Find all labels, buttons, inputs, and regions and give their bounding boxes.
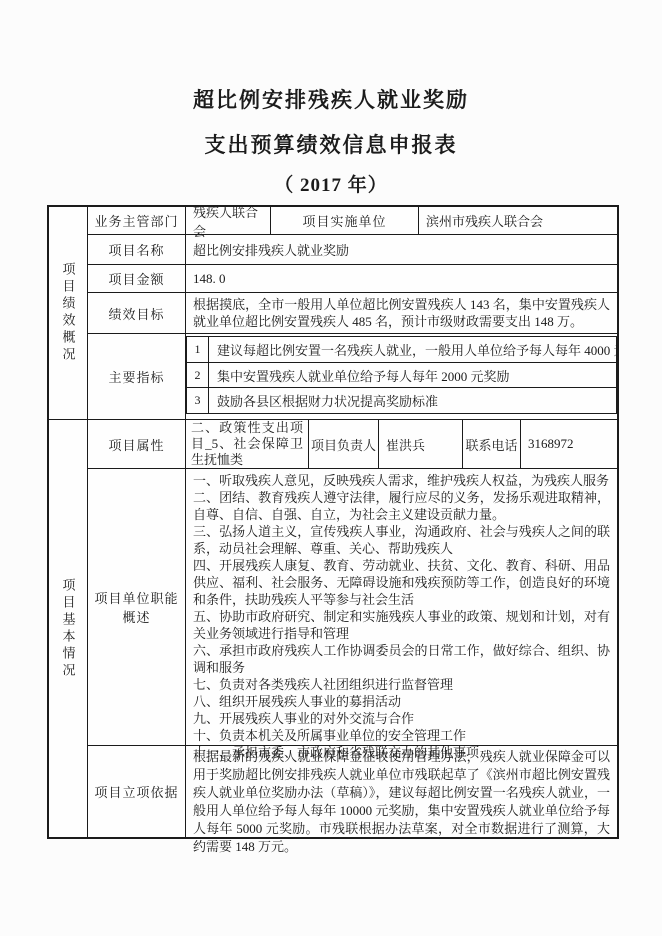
indicator-row-1: 1 建议每超比例安置一名残疾人就业，一般用人单位给予每人每年 4000 元奖励: [187, 337, 616, 363]
function-item: 十、负责本机关及所属事业单位的安全管理工作: [193, 727, 610, 744]
indicators-subtable: 1 建议每超比例安置一名残疾人就业，一般用人单位给予每人每年 4000 元奖励 …: [186, 336, 617, 414]
function-item: 六、承担市政府残疾人工作协调委员会的日常工作，做好综合、组织、协调和服务: [193, 642, 610, 676]
indicator-3-number: 3: [187, 388, 209, 413]
indicator-2-text: 集中安置残疾人就业单位给予每人每年 2000 元奖励: [209, 363, 616, 388]
function-item: 五、协助市政府研究、制定和实施残疾人事业的政策、规划和计划，对有关业务领域进行指…: [193, 608, 610, 642]
project-leader-value: 崔洪兵: [379, 420, 463, 468]
row-performance-goal: 绩效目标 根据摸底，全市一般用人单位超比例安置残疾人 143 名，集中安置残疾人…: [88, 293, 617, 334]
function-item: 七、负责对各类残疾人社团组织进行监督管理: [193, 676, 610, 693]
row-main-indicators: 主要指标 1 建议每超比例安置一名残疾人就业，一般用人单位给予每人每年 4000…: [88, 334, 617, 419]
document-title-line2: 支出预算绩效信息申报表: [0, 133, 662, 158]
row-project-attribute: 项目属性 二、政策性支出项目_5、社会保障卫生抚恤类 项目负责人 崔洪兵 联系电…: [88, 420, 617, 469]
document-title-line1: 超比例安排残疾人就业奖励: [0, 0, 662, 113]
indicator-row-2: 2 集中安置残疾人就业单位给予每人每年 2000 元奖励: [187, 363, 616, 389]
function-item: 一、听取残疾人意见，反映残疾人需求，维护残疾人权益，为残疾人服务: [193, 472, 610, 489]
main-indicators-label: 主要指标: [88, 334, 186, 419]
contact-phone-label: 联系电话: [463, 420, 521, 468]
dept-value: 残疾人联合会: [186, 207, 271, 234]
declaration-form-table: 项目绩效概况 业务主管部门 残疾人联合会 项目实施单位 滨州市残疾人联合会 项目…: [47, 205, 619, 839]
section-label-performance-text: 项目绩效概况: [62, 262, 75, 364]
row-department: 业务主管部门 残疾人联合会 项目实施单位 滨州市残疾人联合会: [88, 207, 617, 235]
project-basis-value: 根据最新的残疾人就业保障金征收使用管理办法，残疾人就业保障金可以用于奖励超比例安…: [186, 746, 617, 837]
project-attribute-value: 二、政策性支出项目_5、社会保障卫生抚恤类: [186, 420, 309, 468]
main-indicators-list: 1 建议每超比例安置一名残疾人就业，一般用人单位给予每人每年 4000 元奖励 …: [186, 334, 617, 419]
indicator-1-number: 1: [187, 337, 209, 362]
function-item: 九、开展残疾人事业的对外交流与合作: [193, 710, 610, 727]
row-project-amount: 项目金额 148. 0: [88, 265, 617, 293]
document-title-year: （ 2017 年）: [0, 174, 662, 198]
document-page: 超比例安排残疾人就业奖励 支出预算绩效信息申报表 （ 2017 年） 项目绩效概…: [0, 0, 662, 936]
contact-phone-value: 3168972: [521, 420, 617, 468]
impl-unit-label: 项目实施单位: [271, 207, 419, 234]
project-amount-value: 148. 0: [186, 265, 617, 292]
project-attribute-label: 项目属性: [88, 420, 186, 468]
section-basic-body: 项目属性 二、政策性支出项目_5、社会保障卫生抚恤类 项目负责人 崔洪兵 联系电…: [88, 420, 617, 837]
section-label-basic-text: 项目基本情况: [62, 578, 75, 680]
function-item: 四、开展残疾人康复、教育、劳动就业、扶贫、文化、教育、科研、用品供应、福利、社会…: [193, 557, 610, 608]
document-header: 超比例安排残疾人就业奖励 支出预算绩效信息申报表 （ 2017 年）: [0, 0, 662, 198]
function-item: 八、组织开展残疾人事业的募捐活动: [193, 693, 610, 710]
project-name-value: 超比例安排残疾人就业奖励: [186, 235, 617, 264]
performance-goal-value: 根据摸底，全市一般用人单位超比例安置残疾人 143 名，集中安置残疾人就业单位超…: [186, 293, 617, 333]
section-label-performance: 项目绩效概况: [49, 207, 88, 419]
performance-goal-label: 绩效目标: [88, 293, 186, 333]
row-unit-functions: 项目单位职能概述 一、听取残疾人意见，反映残疾人需求，维护残疾人权益，为残疾人服…: [88, 469, 617, 746]
indicator-2-number: 2: [187, 363, 209, 388]
section-label-basic: 项目基本情况: [49, 420, 88, 837]
row-project-name: 项目名称 超比例安排残疾人就业奖励: [88, 235, 617, 265]
unit-functions-value: 一、听取残疾人意见，反映残疾人需求，维护残疾人权益，为残疾人服务 二、团结、教育…: [186, 469, 617, 745]
unit-functions-label: 项目单位职能概述: [88, 469, 186, 745]
section-performance-body: 业务主管部门 残疾人联合会 项目实施单位 滨州市残疾人联合会 项目名称 超比例安…: [88, 207, 617, 419]
indicator-row-3: 3 鼓励各县区根据财力状况提高奖励标准: [187, 388, 616, 413]
dept-label: 业务主管部门: [88, 207, 186, 234]
section-basic-info: 项目基本情况 项目属性 二、政策性支出项目_5、社会保障卫生抚恤类 项目负责人 …: [49, 420, 617, 837]
indicator-3-text: 鼓励各县区根据财力状况提高奖励标准: [209, 388, 616, 413]
impl-unit-value: 滨州市残疾人联合会: [419, 207, 617, 234]
project-name-label: 项目名称: [88, 235, 186, 264]
project-leader-label: 项目负责人: [309, 420, 379, 468]
function-item: 二、团结、教育残疾人遵守法律，履行应尽的义务，发扬乐观进取精神，自尊、自信、自强…: [193, 489, 610, 523]
project-basis-label: 项目立项依据: [88, 746, 186, 837]
row-project-basis: 项目立项依据 根据最新的残疾人就业保障金征收使用管理办法，残疾人就业保障金可以用…: [88, 746, 617, 837]
section-performance-overview: 项目绩效概况 业务主管部门 残疾人联合会 项目实施单位 滨州市残疾人联合会 项目…: [49, 207, 617, 420]
project-amount-label: 项目金额: [88, 265, 186, 292]
function-item: 三、弘扬人道主义，宣传残疾人事业，沟通政府、社会与残疾人之间的联系，动员社会理解…: [193, 523, 610, 557]
indicator-1-text: 建议每超比例安置一名残疾人就业，一般用人单位给予每人每年 4000 元奖励: [209, 337, 616, 362]
